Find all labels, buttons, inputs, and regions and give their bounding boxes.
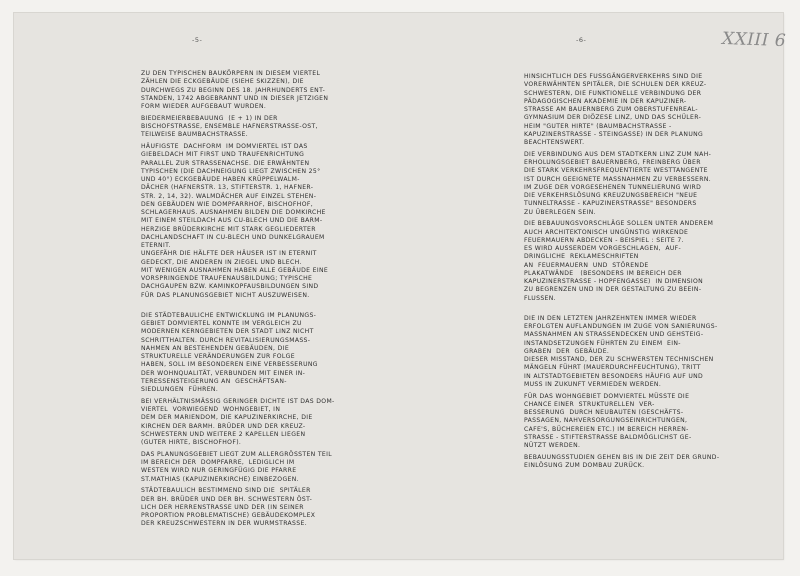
paragraph: HÄUFIGSTE DACHFORM IM DOMVIERTEL IST DAS… xyxy=(141,143,356,300)
paragraph: STÄDTEBAULICH BESTIMMEND SIND DIE SPITÄL… xyxy=(141,487,356,528)
handwritten-archive-label: XXIII 6 xyxy=(722,29,787,51)
paragraph: ZU DEN TYPISCHEN BAUKÖRPERN IN DIESEM VI… xyxy=(141,70,356,111)
paragraph: HINSICHTLICH DES FUSSGÄNGERVERKEHRS SIND… xyxy=(524,73,764,147)
paragraph: DAS PLANUNGSGEBIET LIEGT ZUM ALLERGRÖSST… xyxy=(141,451,356,484)
paragraph: BEBAUUNGSSTUDIEN GEHEN BIS IN DIE ZEIT D… xyxy=(524,454,764,471)
paragraph: DIE BEBAUUNGSVORSCHLÄGE SOLLEN UNTER AND… xyxy=(524,220,764,303)
paragraph: DIE VERBINDUNG AUS DEM STADTKERN LINZ ZU… xyxy=(524,151,764,217)
page-number-right: -6- xyxy=(576,36,586,44)
paragraph: FÜR DAS WOHNGEBIET DOMVIERTEL MÜSSTE DIE… xyxy=(524,393,764,451)
paragraph: BIEDERMEIERBEBAUUNG (E + 1) IN DER BISCH… xyxy=(141,115,356,140)
paragraph: DIE IN DEN LETZTEN JAHRZEHNTEN IMMER WIE… xyxy=(524,315,764,389)
left-page-text: ZU DEN TYPISCHEN BAUKÖRPERN IN DIESEM VI… xyxy=(141,70,356,532)
right-page-text: HINSICHTLICH DES FUSSGÄNGERVERKEHRS SIND… xyxy=(524,73,764,474)
paragraph: BEI VERHÄLTNISMÄSSIG GERINGER DICHTE IST… xyxy=(141,398,356,448)
page-number-left: -5- xyxy=(192,36,202,44)
paragraph: DIE STÄDTEBAULICHE ENTWICKLUNG IM PLANUN… xyxy=(141,312,356,395)
